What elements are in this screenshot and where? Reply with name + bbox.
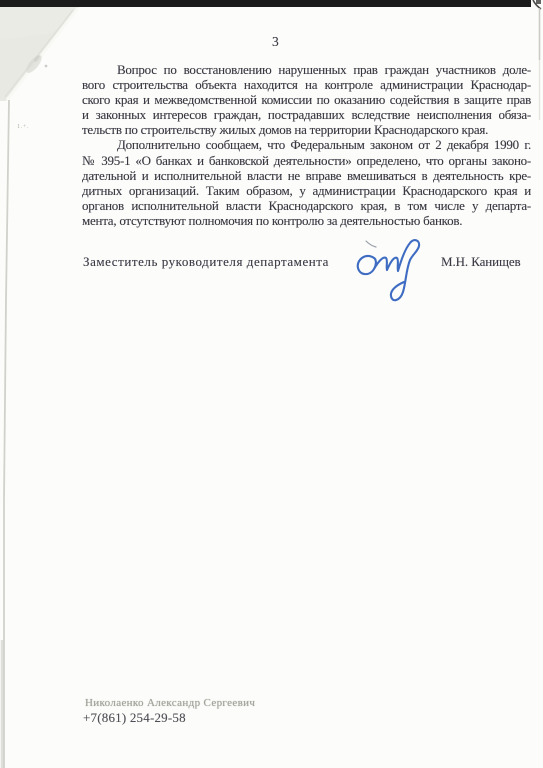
text-line: органов исполнительной власти Краснодарс… bbox=[82, 198, 531, 213]
paper-edge-line bbox=[4, 100, 9, 768]
executor-phone: +7(861) 254-29-58 bbox=[83, 710, 255, 726]
text-line: дитных организаций. Таким образом, у адм… bbox=[82, 183, 531, 198]
executor-name: Николаенко Александр Сергеевич bbox=[85, 697, 255, 709]
text-line: ского края и межведомственной комиссии п… bbox=[82, 92, 531, 107]
text-line: № 395-1 «О банках и банковской деятельно… bbox=[82, 153, 531, 168]
executor-block: Николаенко Александр Сергеевич +7(861) 2… bbox=[83, 697, 255, 726]
text-line: Дополнительно сообщаем, что Федеральным … bbox=[82, 137, 531, 152]
text-line: дательной и исполнительной власти не впр… bbox=[82, 168, 531, 183]
scanned-letter-page: 3 Вопрос по восстановлению нарушенных пр… bbox=[0, 0, 543, 768]
signature-ink bbox=[352, 234, 437, 312]
letter-body: Вопрос по восстановлению нарушенных прав… bbox=[82, 62, 531, 228]
signer-title: Заместитель руководителя департамента bbox=[83, 254, 329, 270]
text-line: вого строительства объекта находится на … bbox=[82, 77, 531, 92]
scan-corner-mark bbox=[533, 0, 541, 9]
text-line: и законных интересов граждан, пострадавш… bbox=[82, 107, 531, 122]
scan-top-bar bbox=[0, 0, 531, 7]
signer-name: М.Н. Канищев bbox=[441, 254, 521, 270]
page-number: 3 bbox=[272, 34, 279, 50]
text-line: Вопрос по восстановлению нарушенных прав… bbox=[82, 62, 531, 77]
folded-corner bbox=[0, 7, 79, 101]
text-line: тельств по строительству жилых домов на … bbox=[82, 122, 531, 137]
text-line: мента, отсутствуют полномочия по контрол… bbox=[82, 213, 531, 228]
margin-note: 1.+. bbox=[17, 123, 29, 130]
